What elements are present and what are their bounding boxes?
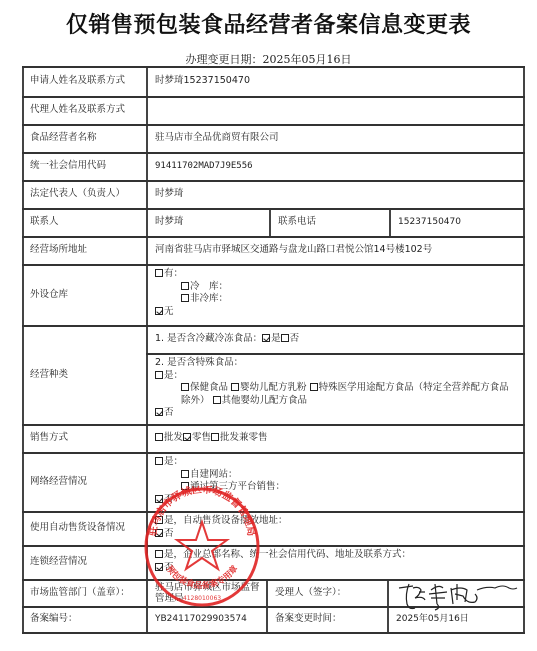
chain-options: 是，企业总部名称、统一社会信用代码、地址及联系方式： 否	[155, 549, 411, 574]
medical-food-checkbox[interactable]	[310, 383, 318, 391]
change-date: 办理变更日期：2025年05月16日	[0, 51, 537, 67]
special-yes-option[interactable]: 是：	[155, 370, 509, 383]
chain-no-checkbox[interactable]	[155, 563, 163, 571]
self-site-option[interactable]: 自建网站：	[155, 469, 285, 482]
online-yes-checkbox[interactable]	[155, 457, 163, 465]
handler-label: 受理人（签字）：	[267, 579, 387, 606]
vending-yes-checkbox[interactable]	[155, 516, 163, 524]
online-options: 是： 自建网站： 通过第三方平台销售： 否	[155, 456, 285, 506]
applicant-label: 申请人姓名及联系方式	[22, 66, 146, 96]
agent-value[interactable]	[147, 96, 523, 124]
warehouse-yes-checkbox[interactable]	[155, 269, 163, 277]
phone-value[interactable]: 15237150470	[390, 208, 523, 236]
record-number-value: YB24117029903574	[147, 606, 266, 632]
frozen-yes-checkbox[interactable]	[262, 334, 270, 342]
vending-yes-option[interactable]: 是，自动售货设备摆放地址：	[155, 515, 288, 528]
chain-yes-option[interactable]: 是，企业总部名称、统一社会信用代码、地址及联系方式：	[155, 549, 411, 562]
special-yes-checkbox[interactable]	[155, 371, 163, 379]
online-label: 网络经营情况	[22, 452, 146, 511]
chain-yes-checkbox[interactable]	[155, 550, 163, 558]
warehouse-label: 外设仓库	[22, 264, 146, 325]
health-food-checkbox[interactable]	[181, 383, 189, 391]
authority-label: 市场监管部门（盖章）：	[22, 579, 146, 606]
warehouse-no-option[interactable]: 无	[155, 306, 228, 319]
online-no-checkbox[interactable]	[155, 495, 163, 503]
vending-options: 是，自动售货设备摆放地址： 否	[155, 515, 288, 540]
operator-name-label: 食品经营者名称	[22, 124, 146, 152]
chain-label: 连锁经营情况	[22, 545, 146, 579]
contact-value[interactable]: 时梦琦	[147, 208, 269, 236]
sales-mode-label: 销售方式	[22, 424, 146, 452]
warehouse-yes-option[interactable]: 有：	[155, 268, 228, 281]
special-no-checkbox[interactable]	[155, 408, 163, 416]
wholesale-checkbox[interactable]	[155, 433, 163, 441]
warehouse-no-checkbox[interactable]	[155, 307, 163, 315]
vending-no-checkbox[interactable]	[155, 529, 163, 537]
warehouse-cold-option[interactable]: 冷 库：	[155, 281, 228, 294]
credit-code-label: 统一社会信用代码	[22, 152, 146, 180]
special-options-line1: 保健食品 婴幼儿配方乳粉 特殊医学用途配方食品（特定全营养配方食品	[155, 382, 509, 395]
self-site-checkbox[interactable]	[181, 470, 189, 478]
wholesale-retail-checkbox[interactable]	[211, 433, 219, 441]
vending-no-option[interactable]: 否	[155, 528, 288, 541]
record-time-label: 备案变更时间：	[267, 606, 387, 632]
warehouse-options: 有： 冷 库： 非冷库： 无	[155, 268, 228, 318]
address-label: 经营场所地址	[22, 236, 146, 264]
warehouse-noncold-option[interactable]: 非冷库：	[155, 293, 228, 306]
phone-label: 联系电话	[270, 208, 389, 236]
infant-formula-checkbox[interactable]	[231, 383, 239, 391]
retail-checkbox[interactable]	[183, 433, 191, 441]
third-party-checkbox[interactable]	[181, 482, 189, 490]
agent-label: 代理人姓名及联系方式	[22, 96, 146, 124]
frozen-question: 1. 是否含冷藏冷冻食品：是否	[155, 333, 299, 346]
authority-value: 驻马店市驿城区市场监督管理局	[147, 579, 266, 606]
credit-code-value[interactable]: 91411702MAD7J9E556	[147, 152, 523, 180]
warehouse-cold-checkbox[interactable]	[181, 282, 189, 290]
third-party-option[interactable]: 通过第三方平台销售：	[155, 481, 285, 494]
legal-rep-label: 法定代表人（负责人）	[22, 180, 146, 208]
record-number-label: 备案编号：	[22, 606, 146, 632]
operator-name-value[interactable]: 驻马店市全品优商贸有限公司	[147, 124, 523, 152]
special-no-option[interactable]: 否	[155, 407, 509, 420]
contact-label: 联系人	[22, 208, 146, 236]
special-food-question: 2. 是否含特殊食品： 是： 保健食品 婴幼儿配方乳粉 特殊医学用途配方食品（特…	[155, 357, 509, 420]
business-type-label: 经营种类	[22, 325, 146, 424]
chain-no-option[interactable]: 否	[155, 562, 411, 575]
record-time-value: 2025年05月16日	[388, 606, 523, 632]
warehouse-noncold-checkbox[interactable]	[181, 294, 189, 302]
frozen-no-checkbox[interactable]	[281, 334, 289, 342]
online-yes-option[interactable]: 是：	[155, 456, 285, 469]
special-options-line2: 除外） 其他婴幼儿配方食品	[155, 395, 509, 408]
online-no-option[interactable]: 否	[155, 494, 285, 507]
address-value[interactable]: 河南省驻马店市驿城区交通路与盘龙山路口君悦公馆14号楼102号	[147, 236, 523, 264]
legal-rep-value[interactable]: 时梦琦	[147, 180, 523, 208]
sales-mode-options: 批发零售批发兼零售	[155, 432, 268, 445]
applicant-value[interactable]: 时梦琦15237150470	[147, 66, 523, 96]
vending-label: 使用自动售货设备情况	[22, 511, 146, 545]
other-infant-food-checkbox[interactable]	[213, 396, 221, 404]
form-title: 仅销售预包装食品经营者备案信息变更表	[0, 8, 537, 39]
